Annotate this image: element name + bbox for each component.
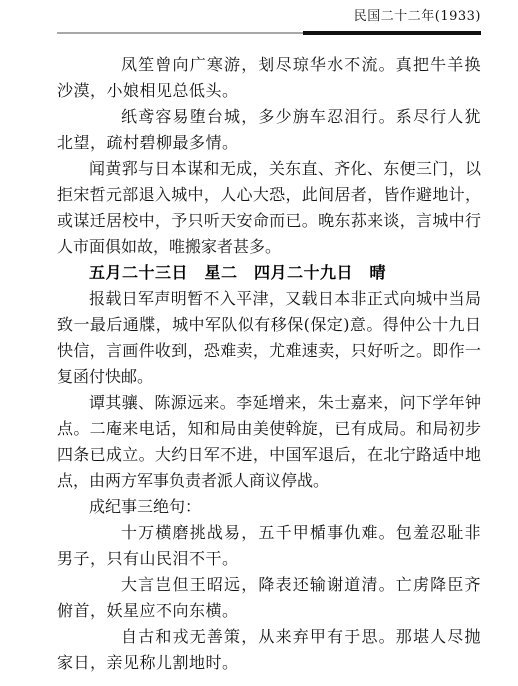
diary-page-content: 凤笙曾向广寒游，刬尽琼华水不流。真把牛羊换沙漠，小娘相见总低头。 纸鸢容易堕台城… (57, 52, 481, 676)
entry-date-heading: 五月二十三日 星二 四月二十九日 晴 (57, 260, 481, 286)
poem-quatrain: 十万横磨挑战易，五千甲楯事仇难。包羞忍耻非男子，只有山民泪不干。 (57, 520, 481, 572)
header-rule-thin-segment (57, 32, 303, 34)
page-header: 民国二十二年(1933) (57, 8, 481, 35)
header-rule (57, 30, 481, 35)
poem-quatrain: 凤笙曾向广寒游，刬尽琼华水不流。真把牛羊换沙漠，小娘相见总低头。 (57, 52, 481, 104)
diary-paragraph: 谭其骧、陈源远来。李延增来，朱士嘉来，问下学年钟点。二庵来电话，知和局由美使斡旋… (57, 390, 481, 494)
running-title: 民国二十二年(1933) (57, 8, 481, 26)
header-rule-thick-segment (303, 31, 481, 35)
diary-paragraph: 闻黄郛与日本谋和无成，关东直、齐化、东便三门，以拒宋哲元部退入城中，人心大恐，此… (57, 156, 481, 260)
diary-paragraph: 成纪事三绝句： (57, 494, 481, 520)
poem-quatrain: 纸鸢容易堕台城，多少旃车忍泪行。系尽行人犹北望，疏村碧柳最多情。 (57, 104, 481, 156)
book-page: 民国二十二年(1933) 凤笙曾向广寒游，刬尽琼华水不流。真把牛羊换沙漠，小娘相… (0, 0, 518, 686)
diary-paragraph: 报载日军声明暂不入平津，又载日本非正式向城中当局致一最后通牒，城中军队似有移保(… (57, 286, 481, 390)
poem-quatrain: 自古和戎无善策，从来弃甲有于思。那堪人尽抛家日，亲见称儿割地时。 (57, 624, 481, 676)
poem-quatrain: 大言岂但王昭远，降表还输谢道清。亡虏降臣齐俯首，妖星应不向东横。 (57, 572, 481, 624)
